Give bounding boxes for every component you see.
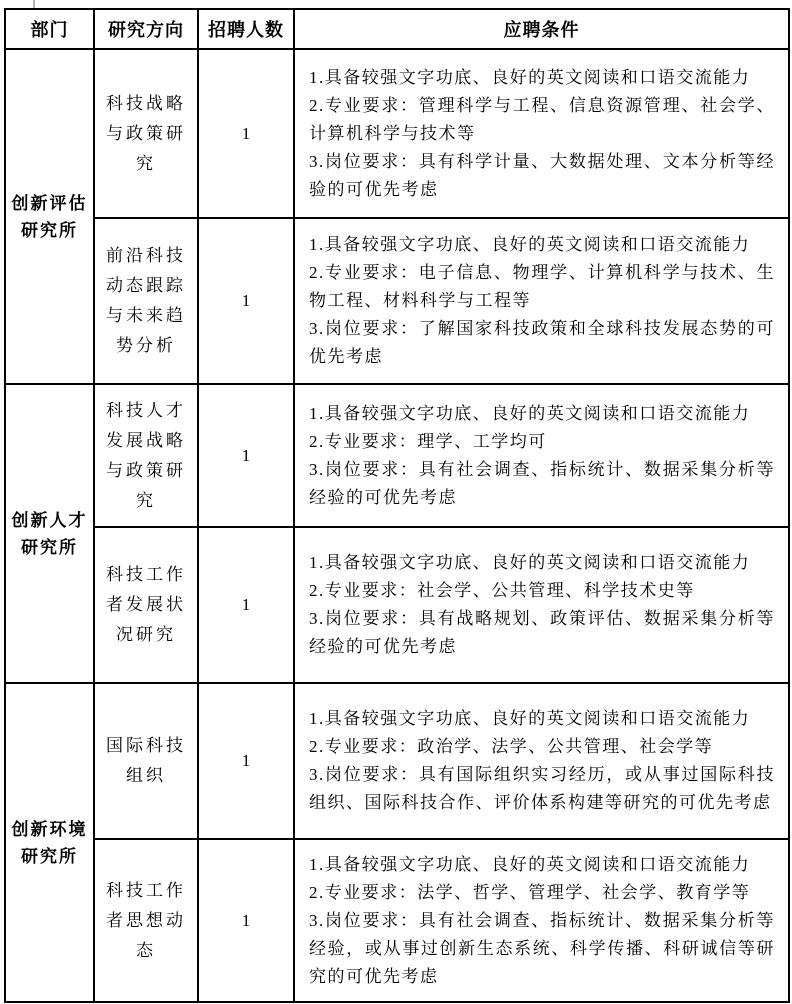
- condition-item: 3.岗位要求：具有科学计量、大数据处理、文本分析等经验的可优先考虑: [309, 148, 775, 204]
- condition-item: 1.具备较强文字功底、良好的英文阅读和口语交流能力: [309, 549, 775, 577]
- conditions-cell: 1.具备较强文字功底、良好的英文阅读和口语交流能力 2.专业要求：电子信息、物理…: [294, 218, 789, 384]
- direction-cell: 科技工作者发展状况研究: [94, 527, 198, 683]
- conditions-cell: 1.具备较强文字功底、良好的英文阅读和口语交流能力 2.专业要求：理学、工学均可…: [294, 384, 789, 527]
- count-cell: 1: [198, 839, 294, 1002]
- crop-artifact-mark: [33, 0, 35, 8]
- table-row: 创新人才研究所 科技人才发展战略与政策研究 1 1.具备较强文字功底、良好的英文…: [5, 384, 789, 527]
- conditions-cell: 1.具备较强文字功底、良好的英文阅读和口语交流能力 2.专业要求：法学、哲学、管…: [294, 839, 789, 1002]
- recruitment-table: 部门 研究方向 招聘人数 应聘条件 创新评估研究所 科技战略与政策研究 1 1.…: [4, 8, 790, 1003]
- direction-cell: 科技人才发展战略与政策研究: [94, 384, 198, 527]
- condition-item: 1.具备较强文字功底、良好的英文阅读和口语交流能力: [309, 231, 775, 259]
- header-cell-conditions: 应聘条件: [294, 9, 789, 49]
- count-cell: 1: [198, 527, 294, 683]
- condition-item: 1.具备较强文字功底、良好的英文阅读和口语交流能力: [309, 705, 775, 733]
- direction-cell: 科技工作者思想动态: [94, 839, 198, 1002]
- department-cell-innovation-evaluation: 创新评估研究所: [5, 49, 94, 384]
- conditions-cell: 1.具备较强文字功底、良好的英文阅读和口语交流能力 2.专业要求：政治学、法学、…: [294, 683, 789, 839]
- condition-item: 2.专业要求：法学、哲学、管理学、社会学、教育学等: [309, 879, 775, 907]
- department-cell-innovation-environment: 创新环境研究所: [5, 683, 94, 1002]
- direction-cell: 前沿科技动态跟踪与未来趋势分析: [94, 218, 198, 384]
- condition-item: 1.具备较强文字功底、良好的英文阅读和口语交流能力: [309, 64, 775, 92]
- condition-item: 1.具备较强文字功底、良好的英文阅读和口语交流能力: [309, 400, 775, 428]
- count-cell: 1: [198, 218, 294, 384]
- table-row: 创新环境研究所 国际科技组织 1 1.具备较强文字功底、良好的英文阅读和口语交流…: [5, 683, 789, 839]
- condition-item: 3.岗位要求：具有社会调查、指标统计、数据采集分析等经验的可优先考虑: [309, 456, 775, 512]
- count-cell: 1: [198, 49, 294, 218]
- condition-item: 2.专业要求：社会学、公共管理、科学技术史等: [309, 577, 775, 605]
- count-cell: 1: [198, 683, 294, 839]
- header-cell-direction: 研究方向: [94, 9, 198, 49]
- conditions-cell: 1.具备较强文字功底、良好的英文阅读和口语交流能力 2.专业要求：社会学、公共管…: [294, 527, 789, 683]
- table-header-row: 部门 研究方向 招聘人数 应聘条件: [5, 9, 789, 49]
- direction-cell: 科技战略与政策研究: [94, 49, 198, 218]
- table-row: 科技工作者发展状况研究 1 1.具备较强文字功底、良好的英文阅读和口语交流能力 …: [5, 527, 789, 683]
- direction-cell: 国际科技组织: [94, 683, 198, 839]
- table-row: 创新评估研究所 科技战略与政策研究 1 1.具备较强文字功底、良好的英文阅读和口…: [5, 49, 789, 218]
- condition-item: 3.岗位要求：具有国际组织实习经历，或从事过国际科技组织、国际科技合作、评价体系…: [309, 761, 775, 817]
- condition-item: 2.专业要求：政治学、法学、公共管理、社会学等: [309, 733, 775, 761]
- conditions-cell: 1.具备较强文字功底、良好的英文阅读和口语交流能力 2.专业要求：管理科学与工程…: [294, 49, 789, 218]
- condition-item: 2.专业要求：理学、工学均可: [309, 428, 775, 456]
- department-cell-innovation-talent: 创新人才研究所: [5, 384, 94, 683]
- table-row: 前沿科技动态跟踪与未来趋势分析 1 1.具备较强文字功底、良好的英文阅读和口语交…: [5, 218, 789, 384]
- header-cell-department: 部门: [5, 9, 94, 49]
- header-cell-count: 招聘人数: [198, 9, 294, 49]
- condition-item: 2.专业要求：管理科学与工程、信息资源管理、社会学、计算机科学与技术等: [309, 92, 775, 148]
- count-cell: 1: [198, 384, 294, 527]
- condition-item: 3.岗位要求：具有战略规划、政策评估、数据采集分析等经验的可优先考虑: [309, 605, 775, 661]
- condition-item: 3.岗位要求：具有社会调查、指标统计、数据采集分析等经验，或从事过创新生态系统、…: [309, 907, 775, 991]
- condition-item: 1.具备较强文字功底、良好的英文阅读和口语交流能力: [309, 851, 775, 879]
- table-row: 科技工作者思想动态 1 1.具备较强文字功底、良好的英文阅读和口语交流能力 2.…: [5, 839, 789, 1002]
- condition-item: 2.专业要求：电子信息、物理学、计算机科学与技术、生物工程、材料科学与工程等: [309, 259, 775, 315]
- document-page: 部门 研究方向 招聘人数 应聘条件 创新评估研究所 科技战略与政策研究 1 1.…: [0, 0, 792, 1004]
- condition-item: 3.岗位要求：了解国家科技政策和全球科技发展态势的可优先考虑: [309, 315, 775, 371]
